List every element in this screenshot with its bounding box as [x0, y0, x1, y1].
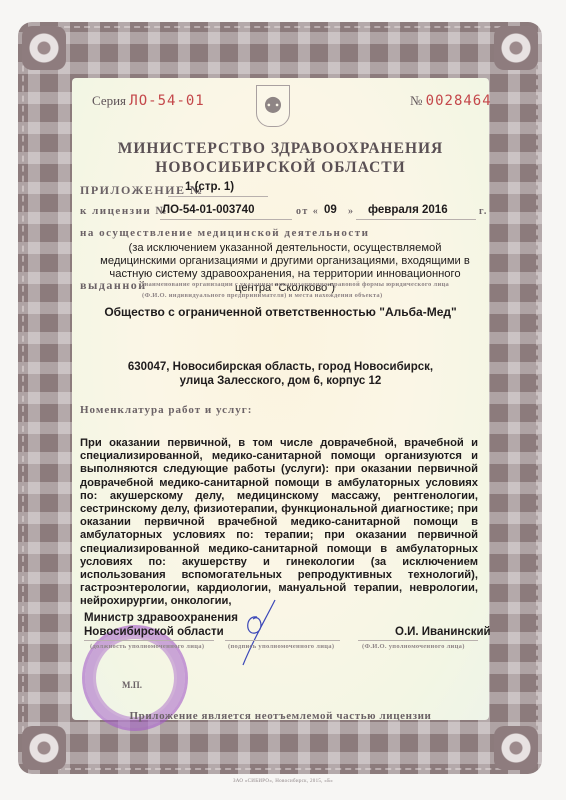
name-hint: (Ф.И.О. уполномоченного лица) — [362, 643, 465, 650]
issued-label: выданной — [80, 278, 147, 293]
border-corner-ornament — [494, 26, 538, 70]
date-underline — [356, 219, 476, 220]
position-hint: (должность уполномоченного лица) — [90, 643, 204, 650]
printer-imprint: ЗАО «СИБИРО», Новосибирск, 2015, «Б» — [0, 779, 566, 784]
license-number: ЛО-54-01-003740 — [162, 204, 254, 216]
address-line1: 630047, Новосибирская область, город Нов… — [72, 361, 489, 373]
number-label: № — [410, 93, 422, 108]
series-value: ЛО-54-01 — [129, 93, 204, 109]
blank-number: № 0028464 — [410, 93, 492, 109]
ministry-title-line1: МИНИСТЕРСТВО ЗДРАВООХРАНЕНИЯ — [72, 140, 489, 158]
nomenclature-label: Номенклатура работ и услуг: — [80, 404, 252, 416]
signature-underline — [225, 640, 340, 641]
date-mid: » — [348, 206, 355, 217]
organization-name: Общество с ограниченной ответственностью… — [72, 305, 489, 319]
date-prefix: от « — [296, 206, 319, 217]
license-day: 09 — [324, 204, 337, 216]
border-corner-ornament — [22, 26, 66, 70]
stamp-place: М.П. — [122, 680, 142, 690]
signature-hint: (подпись уполномоченного лица) — [228, 643, 334, 650]
issued-hint-2: (Ф.И.О. индивидуального предпринимателя)… — [142, 292, 382, 299]
appendix-underline — [168, 196, 268, 197]
name-underline — [358, 640, 478, 641]
coat-of-arms-icon: ⚉ — [256, 85, 290, 127]
signer-name: О.И. Иванинский — [395, 626, 491, 638]
series-label: Серия — [92, 93, 126, 108]
number-value: 0028464 — [426, 93, 492, 109]
series: Серия ЛО-54-01 — [92, 93, 205, 109]
issued-hint-1: (наименование организации с указанием ор… — [142, 281, 449, 288]
license-underline — [160, 219, 292, 220]
signature-mark — [235, 595, 295, 675]
license-month-year: февраля 2016 — [368, 204, 448, 216]
activity-label: на осуществление медицинской деятельност… — [80, 227, 370, 239]
position-underline — [84, 640, 214, 641]
ministry-title-line2: НОВОСИБИРСКОЙ ОБЛАСТИ — [72, 159, 489, 177]
border-corner-ornament — [22, 726, 66, 770]
appendix-value: 1 (стр. 1) — [185, 181, 234, 193]
integral-note: Приложение является неотъемлемой частью … — [72, 710, 489, 722]
border-corner-ornament — [494, 726, 538, 770]
signer-position-1: Министр здравоохранения — [84, 612, 238, 624]
license-label: к лицензии № — [80, 205, 168, 217]
nomenclature-text: При оказании первичной, в том числе довр… — [80, 437, 478, 609]
address-line2: улица Залесского, дом 6, корпус 12 — [72, 375, 489, 387]
signer-position-2: Новосибирской области — [84, 626, 224, 638]
year-suffix: г. — [479, 206, 488, 217]
